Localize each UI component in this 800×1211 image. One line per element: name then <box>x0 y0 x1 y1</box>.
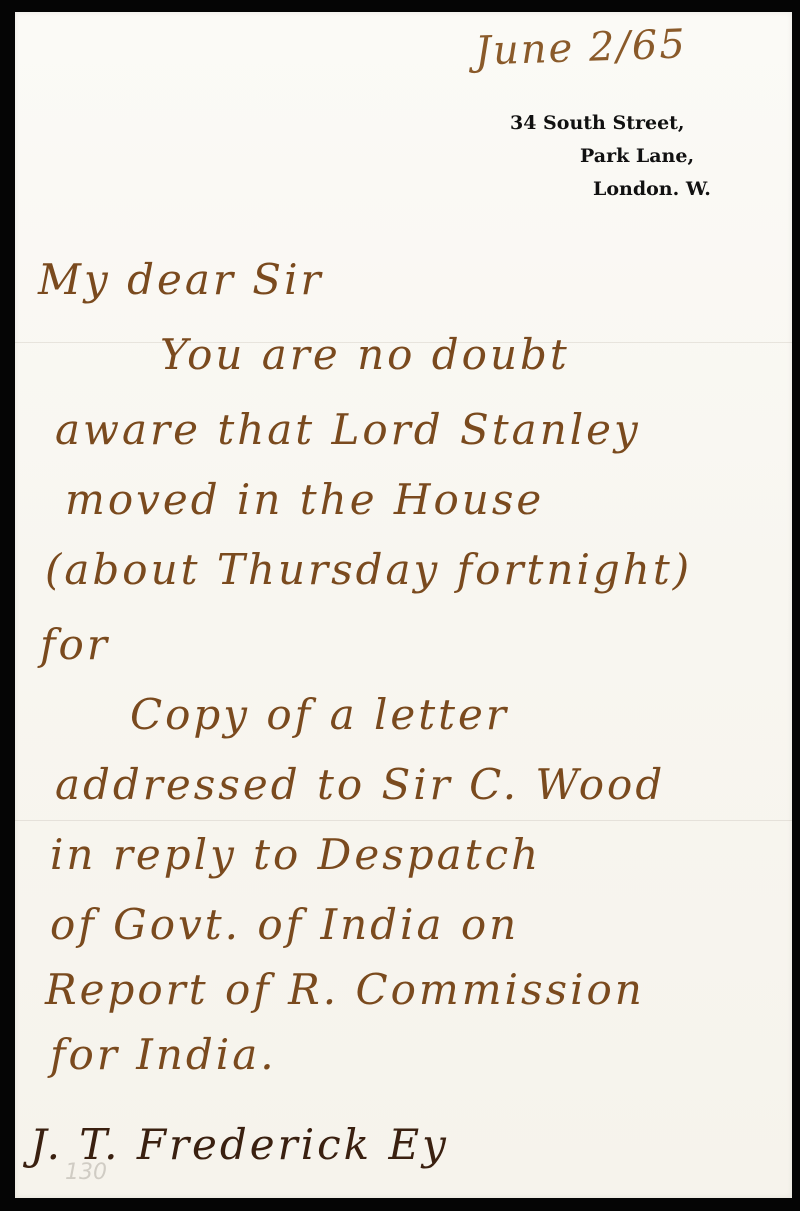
body-line: addressed to Sir C. Wood <box>55 760 665 809</box>
pencil-note: 130 <box>65 1160 107 1185</box>
salutation: My dear Sir <box>38 255 324 304</box>
body-line: in reply to Despatch <box>50 830 541 879</box>
letterhead-line-1: 34 South Street, <box>510 112 685 134</box>
body-line: moved in the House <box>65 475 544 524</box>
letterhead-line-2: Park Lane, <box>580 145 694 167</box>
letter-date: June 2/65 <box>474 21 687 74</box>
body-line: (about Thursday fortnight) <box>45 545 692 594</box>
body-line: for India. <box>50 1030 277 1079</box>
body-line: Copy of a letter <box>130 690 509 739</box>
fold-line <box>15 820 792 821</box>
body-line: for <box>40 620 110 669</box>
letterhead-line-3: London. W. <box>593 178 711 200</box>
body-line: You are no doubt <box>160 330 570 379</box>
body-line: of Govt. of India on <box>50 900 519 949</box>
body-line: aware that Lord Stanley <box>55 405 641 454</box>
body-line: Report of R. Commission <box>45 965 645 1014</box>
